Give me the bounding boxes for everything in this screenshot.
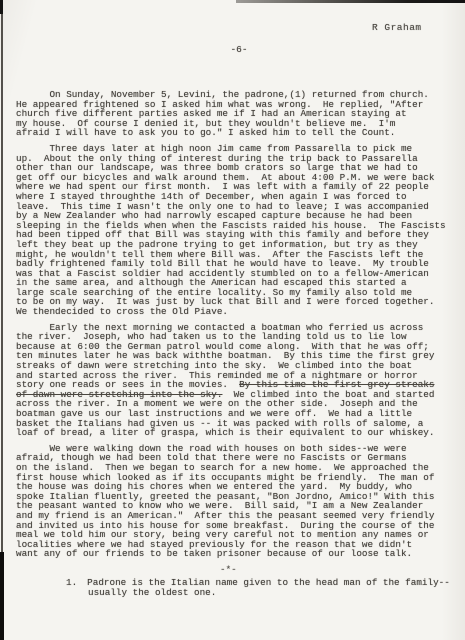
paragraph: Three days later at high noon Jim came f…: [16, 144, 464, 317]
text-line: We thendecided to cross the Old Piave.: [16, 307, 464, 317]
scan-artifact-left-edge: [1, 0, 3, 640]
paragraph: On Sunday, November 5, Levini, the padro…: [16, 90, 464, 138]
paragraphs-container: On Sunday, November 5, Levini, the padro…: [16, 90, 464, 559]
scanned-document-page: R Graham -6- On Sunday, November 5, Levi…: [0, 0, 465, 640]
text-segment: want any of our friends to be taken pris…: [16, 548, 412, 559]
paragraph: Early the next morning we contacted a bo…: [16, 323, 464, 438]
footnote: 1. Padrone is the Italian name given to …: [66, 578, 464, 597]
paragraph: We were walking down the road with house…: [16, 444, 464, 559]
document-body: On Sunday, November 5, Levini, the padro…: [16, 90, 464, 597]
text-segment: loaf of bread, a liter of graspa, which …: [16, 427, 434, 438]
footnote-separator: -*-: [220, 565, 464, 574]
footnote-gap: [77, 578, 87, 588]
text-segment: afraid I will have to ask you to go." I …: [16, 127, 395, 138]
text-line: loaf of bread, a liter of graspa, which …: [16, 428, 464, 438]
footnote-marker: 1.: [66, 578, 77, 588]
text-segment: We thendecided to cross the Old Piave.: [16, 306, 228, 317]
scan-artifact-top-band: [236, 0, 465, 3]
scan-artifact-left-bottom: [0, 552, 4, 640]
author-annotation: R Graham: [372, 22, 422, 33]
scan-artifact-top-corner: [0, 0, 3, 14]
page-number: -6-: [0, 44, 465, 55]
footnote-line: usually the oldest one.: [66, 588, 464, 598]
text-line: afraid I will have to ask you to go." I …: [16, 128, 464, 138]
text-line: want any of our friends to be taken pris…: [16, 549, 464, 559]
